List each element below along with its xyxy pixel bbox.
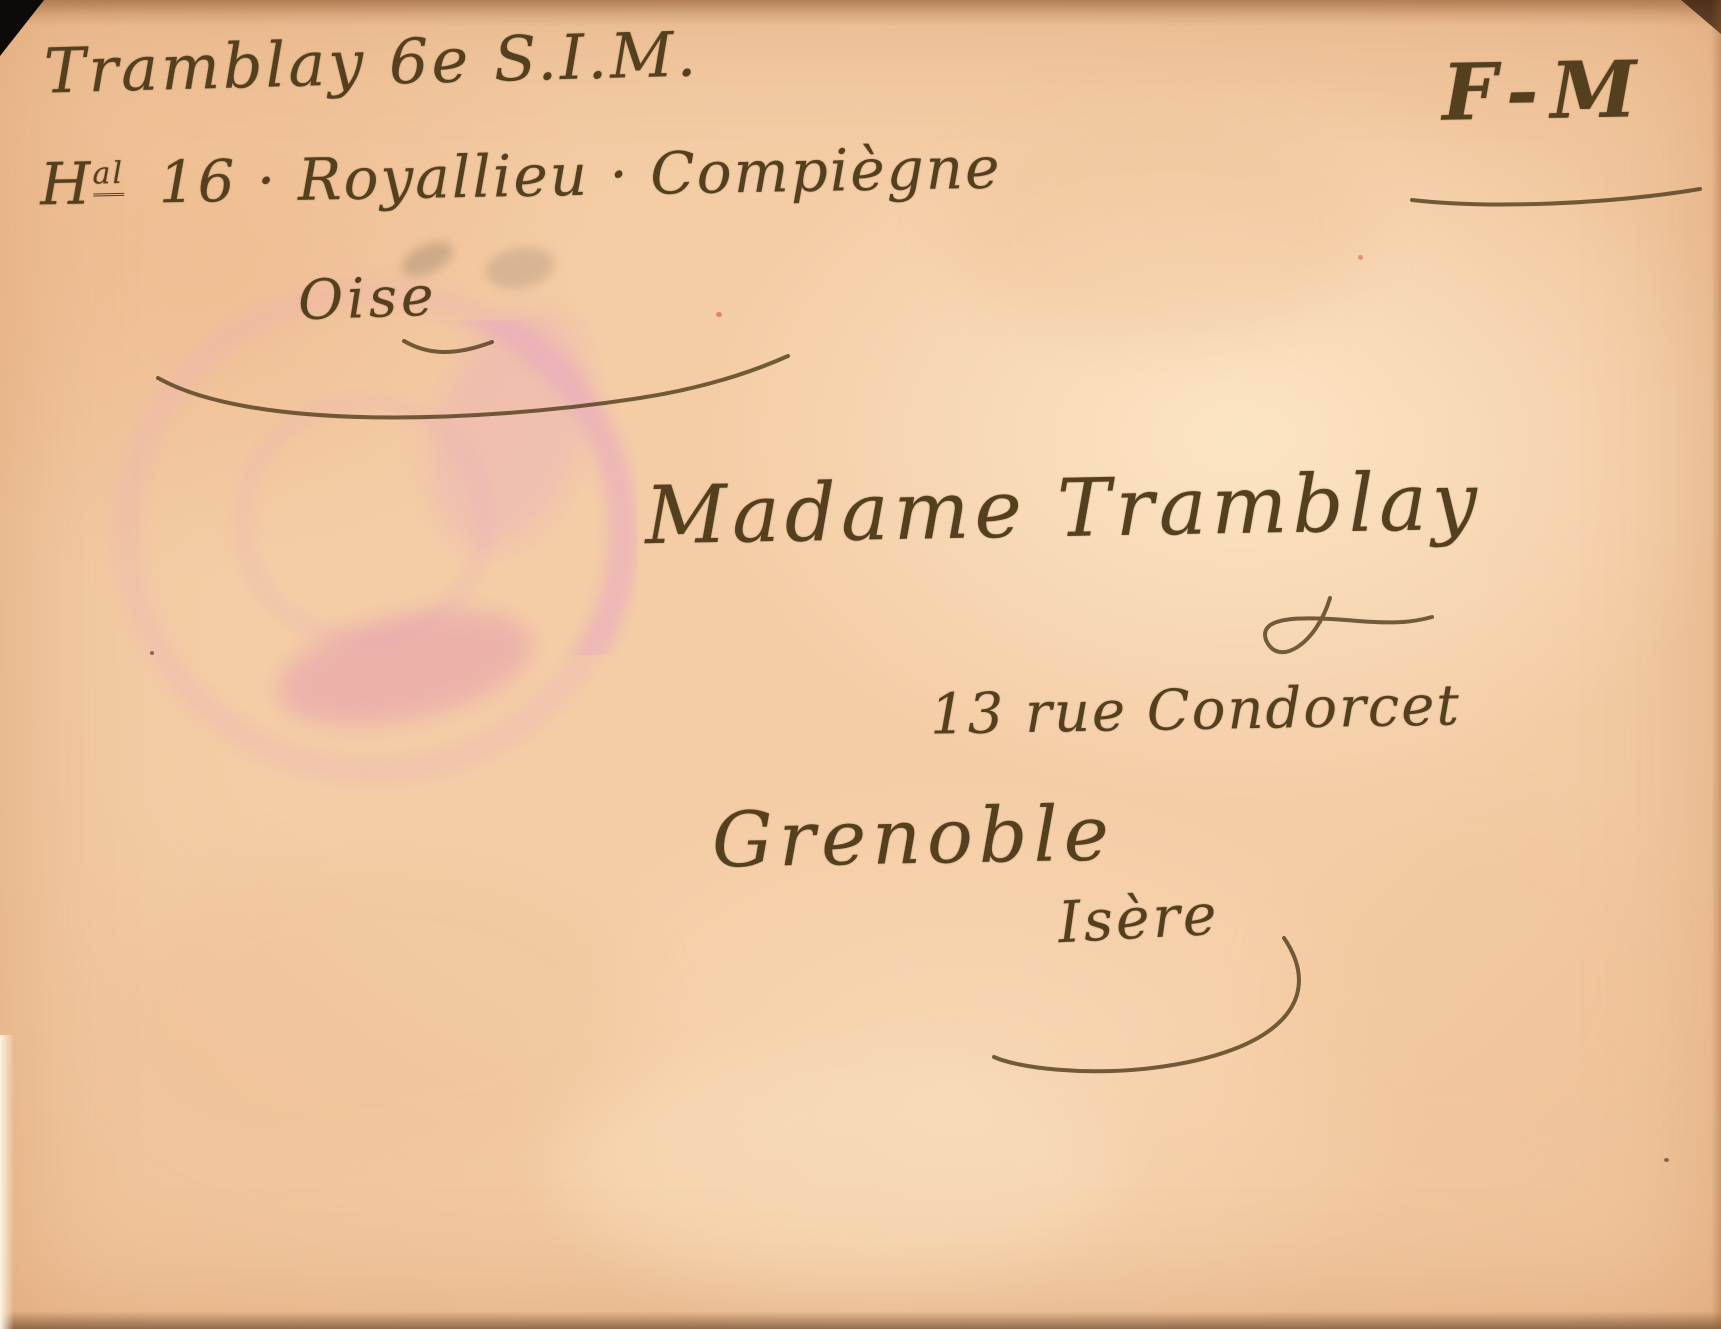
bottom-edge-shadow <box>0 1311 1721 1329</box>
paper-stain <box>120 860 640 1160</box>
top-left-corner-tear <box>0 0 44 56</box>
ink-speck <box>1358 255 1363 260</box>
postmark-stamp <box>105 265 625 785</box>
recipient-city: Grenoble <box>711 788 1115 884</box>
recipient-street: 13 rue Condorcet <box>929 673 1461 747</box>
hospital-abbreviation: H <box>39 149 93 218</box>
right-edge-shadow <box>1711 0 1721 1329</box>
isere-flourish <box>994 938 1299 1071</box>
ink-speck <box>1664 1158 1669 1162</box>
sender-department: Oise <box>297 264 439 333</box>
paper-stain <box>950 120 1370 340</box>
recipient-department: Isère <box>1056 882 1221 956</box>
franchise-militaire-marking: F-M <box>1441 44 1649 139</box>
recipient-name: Madame Tramblay <box>644 455 1482 563</box>
sender-unit-line: Tramblay 6e S.I.M. <box>43 17 700 107</box>
envelope-scan: Tramblay 6e S.I.M. Hal 16 · Royallieu · … <box>0 0 1721 1329</box>
hospital-line-rest: 16 · Royallieu · Compiègne <box>158 134 1002 217</box>
paper-stain <box>1280 820 1660 1160</box>
name-tail-flourish <box>1265 598 1432 652</box>
paper-stain <box>560 1060 1120 1280</box>
top-edge-shadow <box>0 0 1721 26</box>
fm-underline <box>1412 189 1700 204</box>
left-edge-highlight <box>0 1035 14 1329</box>
hospital-abbreviation-superscript: al <box>92 156 124 197</box>
top-right-corner-shadow <box>1681 0 1721 34</box>
ink-speck <box>716 312 722 317</box>
sender-hospital-line: Hal 16 · Royallieu · Compiègne <box>39 134 1001 219</box>
